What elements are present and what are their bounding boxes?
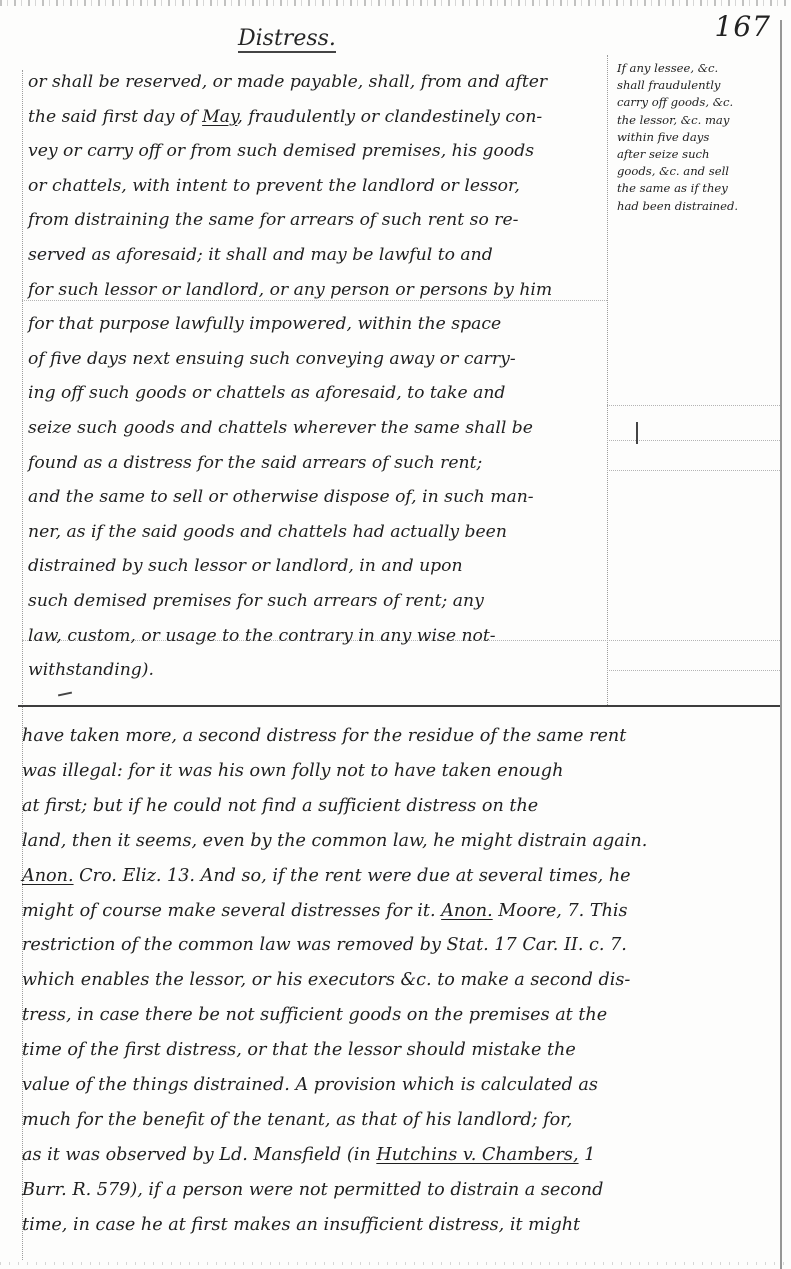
case-citation: Hutchins v. Chambers, — [376, 1145, 578, 1165]
text-line: served as aforesaid; it shall and may be… — [28, 245, 493, 265]
scan-edge-bottom — [0, 1262, 791, 1265]
margin-note-line: after seize such — [617, 146, 777, 163]
text-line: or chattels, with intent to prevent the … — [28, 176, 520, 196]
margin-note-line: the lessor, &c. may — [617, 112, 777, 129]
text-line: have taken more, a second distress for t… — [22, 726, 626, 746]
text-line: value of the things distrained. A provis… — [22, 1075, 598, 1095]
text-segment: Cro. Eliz. 13. And so, if the rent were … — [74, 866, 631, 886]
text-line: seize such goods and chattels wherever t… — [28, 418, 533, 438]
frame-right-rule — [780, 20, 782, 1269]
margin-note-line: the same as if they — [617, 180, 777, 197]
text-line: or shall be reserved, or made payable, s… — [28, 72, 547, 92]
text-line: time of the first distress, or that the … — [22, 1040, 576, 1060]
text-line: for that purpose lawfully impowered, wit… — [28, 314, 501, 334]
margin-note-line: shall fraudulently — [617, 77, 777, 94]
text-line: time, in case he at first makes an insuf… — [22, 1215, 580, 1235]
text-segment: might of course make several distresses … — [22, 901, 441, 921]
text-segment: restriction of the common law was remove… — [22, 935, 627, 955]
margin-note-line: If any lessee, &c. — [617, 60, 777, 77]
text-line: of five days next ensuing such conveying… — [28, 349, 516, 369]
section-divider — [18, 705, 780, 707]
text-segment: at first; but if he could not find a suf… — [22, 796, 538, 816]
text-segment: value of the things distrained. A provis… — [22, 1075, 598, 1095]
text-line: much for the benefit of the tenant, as t… — [22, 1110, 572, 1130]
ruled-line — [607, 405, 780, 406]
text-line: such demised premises for such arrears o… — [28, 591, 484, 611]
text-line: at first; but if he could not find a suf… — [22, 796, 538, 816]
text-line: as it was observed by Ld. Mansfield (in … — [22, 1145, 595, 1165]
margin-note-line: goods, &c. and sell — [617, 163, 777, 180]
page-number: 167 — [715, 10, 771, 43]
ruled-line — [607, 440, 780, 441]
pen-mark — [636, 422, 638, 444]
text-segment: have taken more, a second distress for t… — [22, 726, 626, 746]
margin-note-line: carry off goods, &c. — [617, 94, 777, 111]
text-line: Anon. Cro. Eliz. 13. And so, if the rent… — [22, 866, 631, 886]
text-line: land, then it seems, even by the common … — [22, 831, 647, 851]
text-line: and the same to sell or otherwise dispos… — [28, 487, 534, 507]
text-segment: was illegal: for it was his own folly no… — [22, 761, 563, 781]
text-segment: time, in case he at first makes an insuf… — [22, 1215, 580, 1235]
text-line: ing off such goods or chattels as afores… — [28, 383, 505, 403]
underlined-word: May — [202, 107, 237, 127]
margin-column-rule — [607, 55, 608, 705]
ruled-line — [607, 670, 780, 671]
margin-note-line: within five days — [617, 129, 777, 146]
text-line: vey or carry off or from such demised pr… — [28, 141, 534, 161]
text-segment: much for the benefit of the tenant, as t… — [22, 1110, 572, 1130]
text-line: restriction of the common law was remove… — [22, 935, 627, 955]
text-line: for such lessor or landlord, or any pers… — [28, 280, 552, 300]
text-line: ner, as if the said goods and chattels h… — [28, 522, 507, 542]
text-line: was illegal: for it was his own folly no… — [22, 761, 563, 781]
margin-note-line: had been distrained. — [617, 198, 777, 215]
page-title: Distress. — [238, 26, 336, 53]
text-segment: as it was observed by Ld. Mansfield (in — [22, 1145, 376, 1165]
ruled-line — [607, 470, 780, 471]
margin-note: If any lessee, &c.shall fraudulentlycarr… — [617, 60, 777, 215]
text-line: Burr. R. 579), if a person were not perm… — [22, 1180, 603, 1200]
text-segment: land, then it seems, even by the common … — [22, 831, 647, 851]
text-line: found as a distress for the said arrears… — [28, 453, 482, 473]
text-line: from distraining the same for arrears of… — [28, 210, 518, 230]
text-segment: which enables the lessor, or his executo… — [22, 970, 630, 990]
text-line: which enables the lessor, or his executo… — [22, 970, 630, 990]
scan-edge-top — [0, 0, 791, 6]
text-segment: Burr. R. 579), if a person were not perm… — [22, 1180, 603, 1200]
pen-mark — [58, 692, 72, 697]
text-segment: 1 — [579, 1145, 596, 1165]
text-segment: Moore, 7. This — [493, 901, 628, 921]
ruled-line — [22, 300, 607, 301]
text-line: the said first day of May, fraudulently … — [28, 107, 542, 127]
text-line: might of course make several distresses … — [22, 901, 628, 921]
text-line: withstanding). — [28, 660, 154, 680]
text-segment: tress, in case there be not sufficient g… — [22, 1005, 607, 1025]
case-citation: Anon. — [22, 866, 74, 886]
text-line: law, custom, or usage to the contrary in… — [28, 626, 496, 646]
text-line: tress, in case there be not sufficient g… — [22, 1005, 607, 1025]
text-line: distrained by such lessor or landlord, i… — [28, 556, 463, 576]
case-citation: Anon. — [441, 901, 493, 921]
text-segment: time of the first distress, or that the … — [22, 1040, 576, 1060]
